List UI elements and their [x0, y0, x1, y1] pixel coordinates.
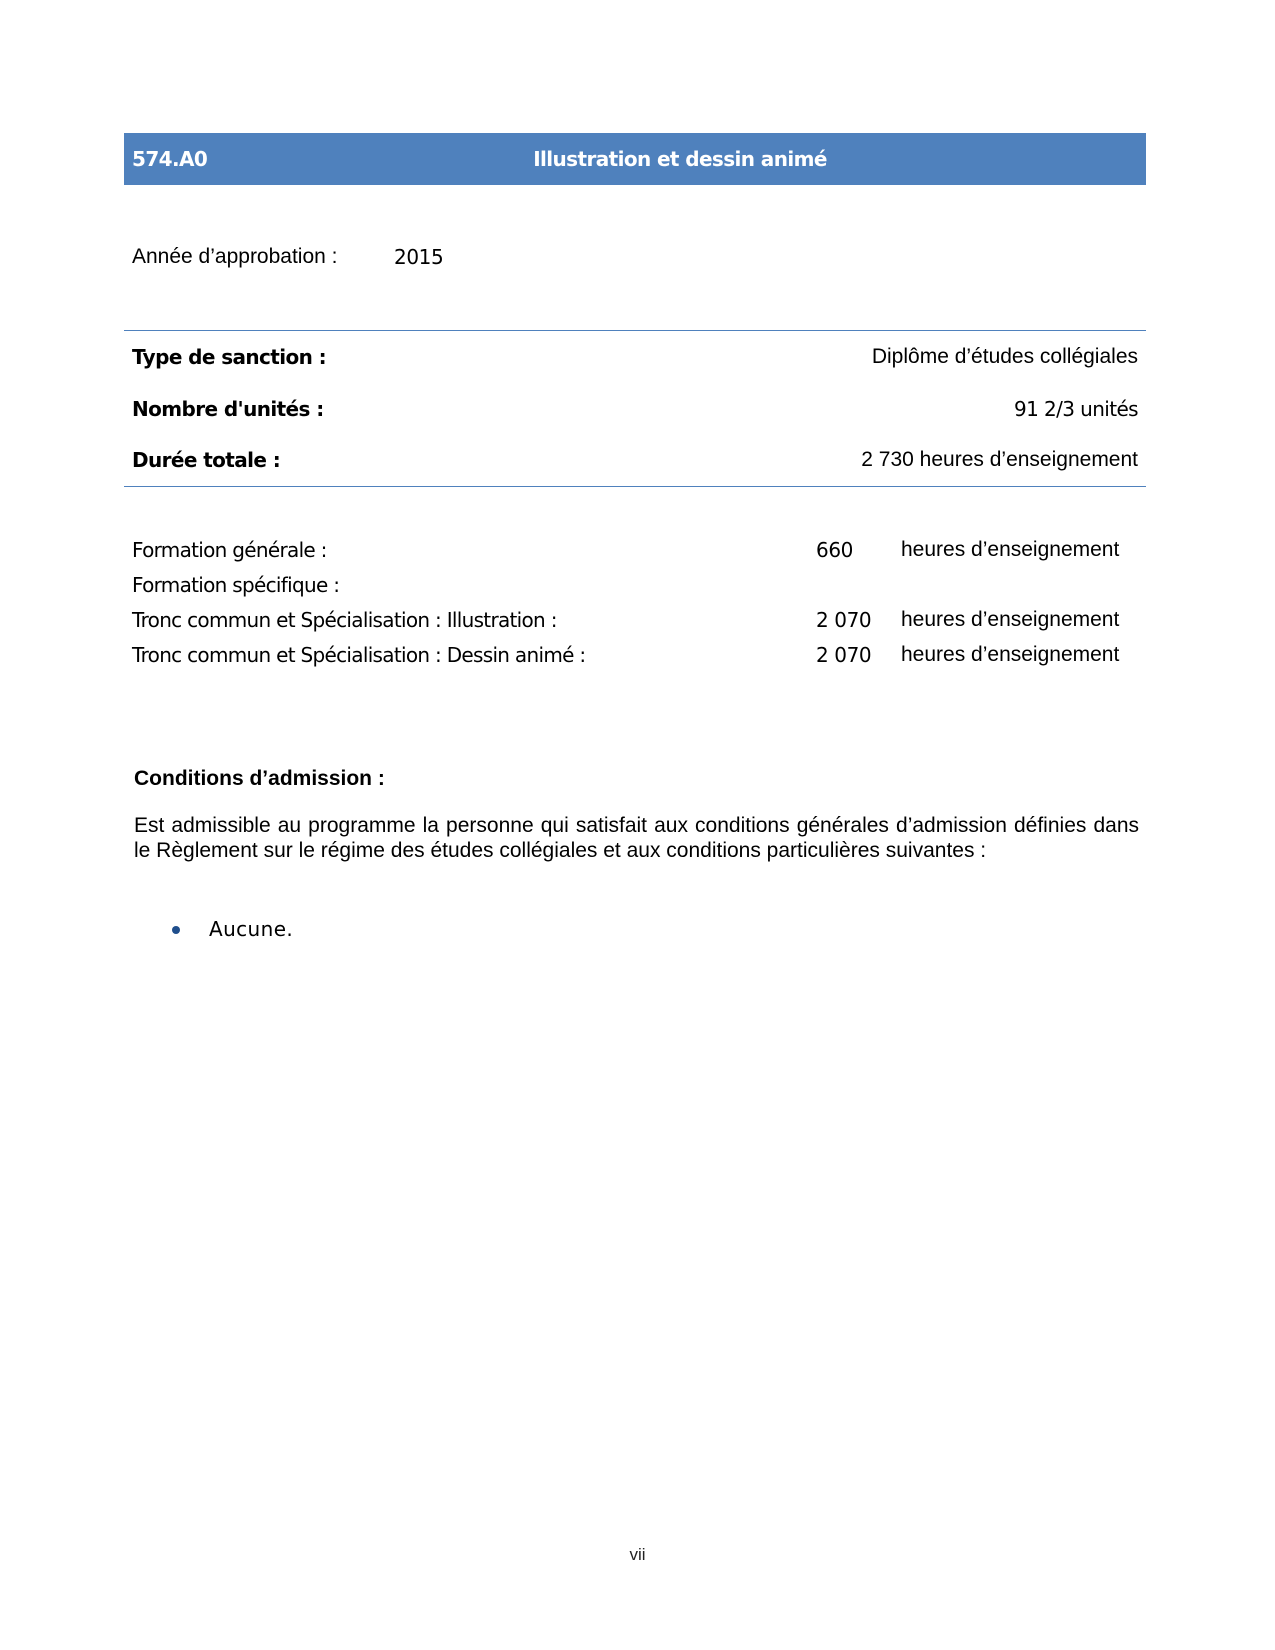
sanction-type-label: Type de sanction : — [132, 345, 326, 369]
formation-illustration-hours: 2 070 — [816, 608, 871, 632]
admission-conditions-heading: Conditions d’admission : — [134, 767, 385, 791]
summary-top-rule — [124, 330, 1146, 331]
program-header-bar: 574.A0 Illustration et dessin animé — [124, 133, 1146, 185]
bullet-icon — [172, 926, 180, 934]
units-label: Nombre d'unités : — [132, 397, 324, 421]
formation-illustration-label: Tronc commun et Spécialisation : Illustr… — [132, 608, 557, 632]
page-number: vii — [0, 1545, 1275, 1565]
total-duration-label: Durée totale : — [132, 448, 280, 472]
formation-animation-unit: heures d’enseignement — [901, 643, 1119, 667]
formation-animation-label: Tronc commun et Spécialisation : Dessin … — [132, 643, 585, 667]
approval-year-label: Année d’approbation : — [132, 245, 338, 269]
formation-general-label: Formation générale : — [132, 538, 327, 562]
admission-conditions-paragraph: Est admissible au programme la personne … — [134, 813, 1139, 863]
formation-general-unit: heures d’enseignement — [901, 538, 1119, 562]
total-duration-value: 2 730 heures d’enseignement — [861, 448, 1138, 472]
approval-year-value: 2015 — [394, 245, 443, 269]
summary-bottom-rule — [124, 486, 1146, 487]
formation-specific-label: Formation spécifique : — [132, 573, 339, 597]
formation-illustration-unit: heures d’enseignement — [901, 608, 1119, 632]
admission-condition-item: Aucune. — [209, 917, 293, 941]
formation-general-hours: 660 — [816, 538, 853, 562]
formation-animation-hours: 2 070 — [816, 643, 871, 667]
units-value: 91 2/3 unités — [1014, 397, 1138, 421]
sanction-type-value: Diplôme d’études collégiales — [872, 345, 1138, 369]
program-title: Illustration et dessin animé — [124, 147, 1146, 171]
